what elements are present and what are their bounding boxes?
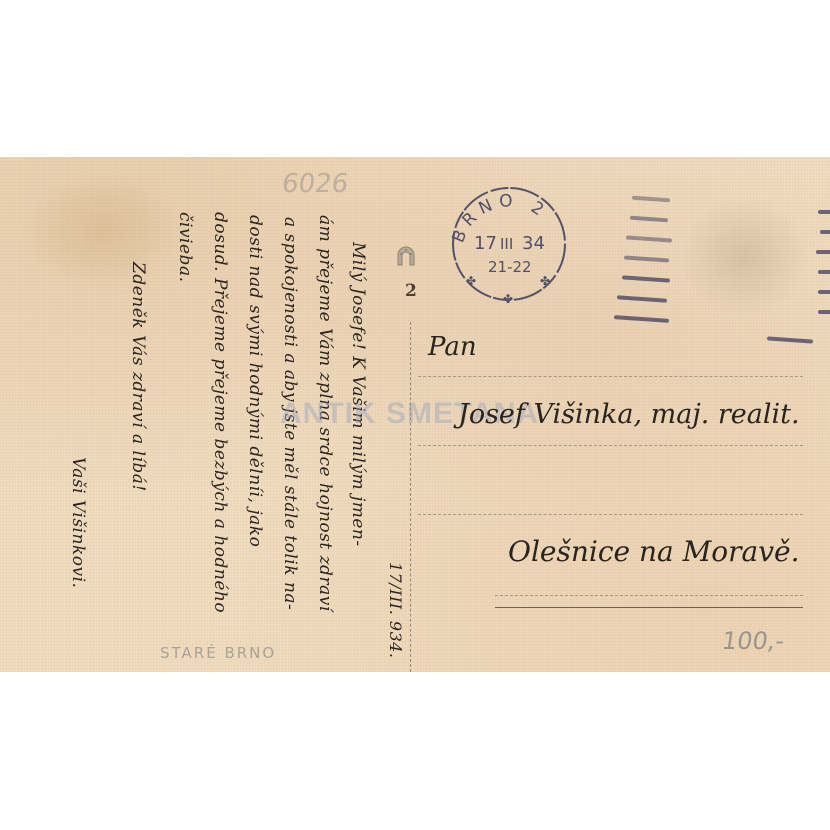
cancel-bar bbox=[816, 250, 830, 254]
cancel-bar bbox=[632, 196, 670, 203]
svg-text:34: 34 bbox=[522, 233, 545, 254]
address-line bbox=[495, 595, 803, 596]
smudge bbox=[680, 197, 810, 317]
cancel-bar bbox=[622, 275, 670, 282]
address-underline bbox=[495, 607, 803, 608]
message-date: 17/III. 934. bbox=[386, 562, 405, 659]
address-divider bbox=[410, 322, 411, 672]
pencil-inventory-number: 6026 bbox=[280, 169, 350, 199]
address-line bbox=[418, 445, 803, 446]
svg-text:✤: ✤ bbox=[503, 292, 513, 306]
message-line: Zdeněk Vás zdraví a líbá! bbox=[128, 262, 148, 492]
postmark: BRNO 2 17 III 34 21-22 ✤ ✤ ✤ bbox=[442, 177, 576, 315]
address-name: Josef Višinka, maj. realit. bbox=[458, 399, 800, 430]
cancel-bar bbox=[818, 270, 830, 274]
pencil-location-note: STARÉ BRNO bbox=[160, 644, 276, 662]
cancel-bar bbox=[626, 235, 672, 242]
cancel-bar bbox=[820, 230, 830, 234]
message-line: dosti nad svými hodnými dělníi, jako bbox=[245, 215, 265, 547]
cancel-bar bbox=[617, 295, 667, 302]
address-line bbox=[418, 514, 803, 515]
svg-text:✤: ✤ bbox=[540, 274, 550, 288]
message-line: Milý Josefe! K Vašim milým jmen- bbox=[348, 242, 368, 547]
cancel-bar bbox=[624, 255, 669, 262]
svg-text:17: 17 bbox=[474, 233, 497, 254]
svg-text:21-22: 21-22 bbox=[488, 258, 532, 276]
cancel-bar bbox=[818, 310, 830, 314]
horseshoe-logo-icon bbox=[393, 243, 419, 273]
address-line bbox=[418, 376, 803, 377]
age-stain bbox=[20, 172, 180, 292]
message-line: dosud. Přejeme přejeme bezbých a hodného bbox=[210, 212, 230, 613]
cancel-bar bbox=[614, 315, 669, 323]
message-line: čivieba. bbox=[175, 212, 195, 282]
cancel-bar bbox=[630, 216, 668, 223]
printed-number: 2 bbox=[405, 281, 417, 301]
postcard: 6026 Milý Josefe! K Vašim milým jmen- ám… bbox=[0, 157, 830, 672]
cancel-bar bbox=[818, 210, 830, 214]
svg-text:✤: ✤ bbox=[466, 274, 476, 288]
message-signature: Vaši Višinkovi. bbox=[68, 457, 88, 588]
cancel-bar bbox=[818, 290, 830, 294]
cancel-bar bbox=[767, 336, 813, 343]
address-place: Olešnice na Moravě. bbox=[508, 535, 800, 568]
pencil-price: 100,- bbox=[720, 627, 786, 655]
svg-text:III: III bbox=[500, 235, 513, 253]
address-salutation: Pan bbox=[428, 332, 477, 362]
